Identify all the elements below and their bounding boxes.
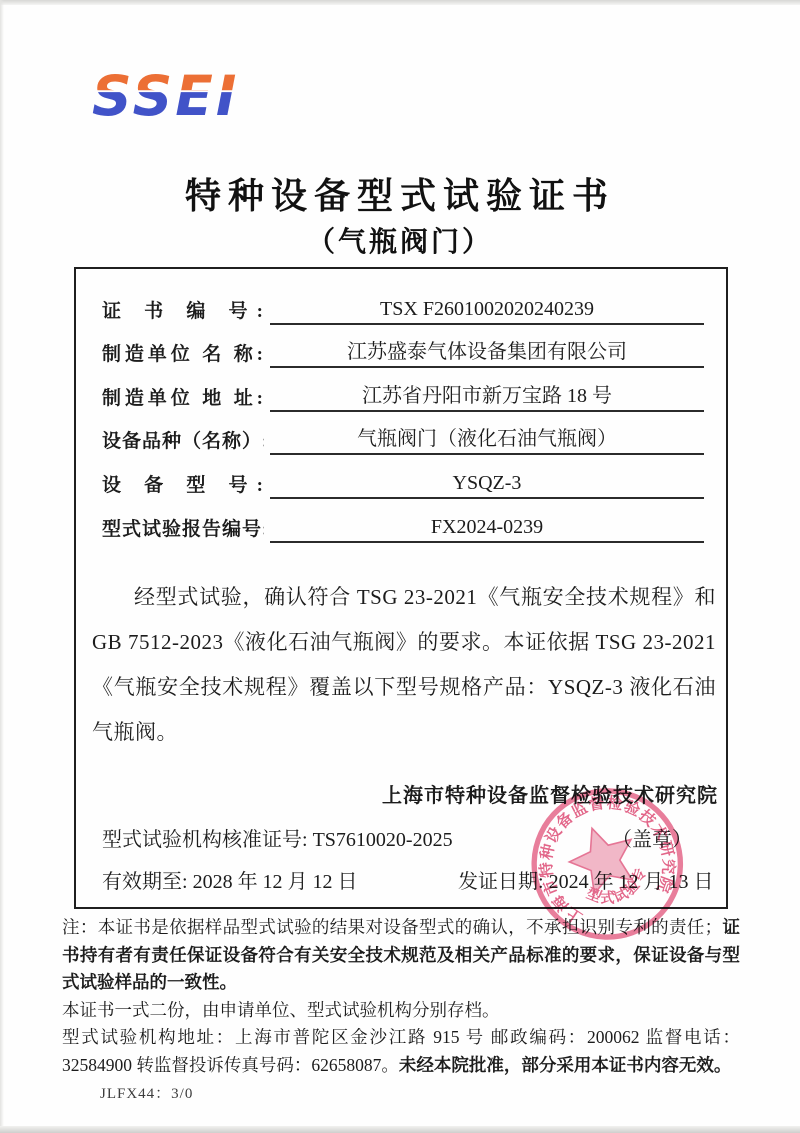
field-row-test-report-no: 型式试验报告编号: FX2024-0239 <box>102 509 704 543</box>
field-label: 制造单位 名 称: <box>102 339 264 368</box>
field-row-manufacturer-name: 制造单位 名 称: 江苏盛泰气体设备集团有限公司 <box>102 334 704 368</box>
approval-number: 型式试验机构核准证号: TS7610020-2025 <box>102 823 453 852</box>
approval-value: TS7610020-2025 <box>313 829 453 851</box>
field-label: 证 书 编 号: <box>102 296 264 325</box>
valid-until-date: 有效期至: 2028 年 12 月 12 日 <box>102 865 358 894</box>
field-row-manufacturer-address: 制造单位 地 址: 江苏省丹阳市新万宝路 18 号 <box>102 378 704 412</box>
field-label: 设备品种（名称）: <box>102 426 264 455</box>
scan-edge-top <box>0 0 800 5</box>
valid-label: 有效期至: <box>102 871 188 893</box>
field-value: 气瓶阀门（液化石油气瓶阀） <box>270 422 704 455</box>
certificate-subtitle: （气瓶阀门） <box>0 220 800 260</box>
field-label: 型式试验报告编号: <box>102 514 264 543</box>
form-code: JLFX44：3/0 <box>100 1082 193 1103</box>
approval-label: 型式试验机构核准证号: <box>102 829 308 851</box>
field-value: TSX F2601002020240239 <box>270 298 704 325</box>
field-row-certificate-no: 证 书 编 号: TSX F2601002020240239 <box>102 291 704 325</box>
field-label: 设 备 型 号: <box>102 470 264 499</box>
field-row-equipment-category: 设备品种（名称）: 气瓶阀门（液化石油气瓶阀） <box>102 421 704 455</box>
note-paragraph-3: 型式试验机构地址：上海市普陀区金沙江路 915 号 邮政编码：200062 监督… <box>62 1024 740 1079</box>
valid-value: 2028 年 12 月 12 日 <box>193 871 358 893</box>
scan-edge-bottom <box>0 1126 800 1133</box>
ssei-logo: SSEI SSEI <box>92 64 312 134</box>
field-label: 制造单位 地 址: <box>102 383 264 412</box>
note-3-bold: 未经本院批准，部分采用本证书内容无效。 <box>399 1055 732 1075</box>
field-value: FX2024-0239 <box>270 516 704 543</box>
certification-statement: 经型式试验，确认符合 TSG 23-2021《气瓶安全技术规程》和 GB 751… <box>92 575 716 755</box>
certificate-title: 特种设备型式试验证书 <box>0 168 800 219</box>
field-value: YSQZ-3 <box>270 472 704 499</box>
field-value: 江苏省丹阳市新万宝路 18 号 <box>270 379 704 412</box>
field-value: 江苏盛泰气体设备集团有限公司 <box>270 335 704 368</box>
field-row-equipment-model: 设 备 型 号: YSQZ-3 <box>102 465 704 499</box>
note-paragraph-2: 本证书一式二份，由申请单位、型式试验机构分别存档。 <box>62 997 740 1025</box>
